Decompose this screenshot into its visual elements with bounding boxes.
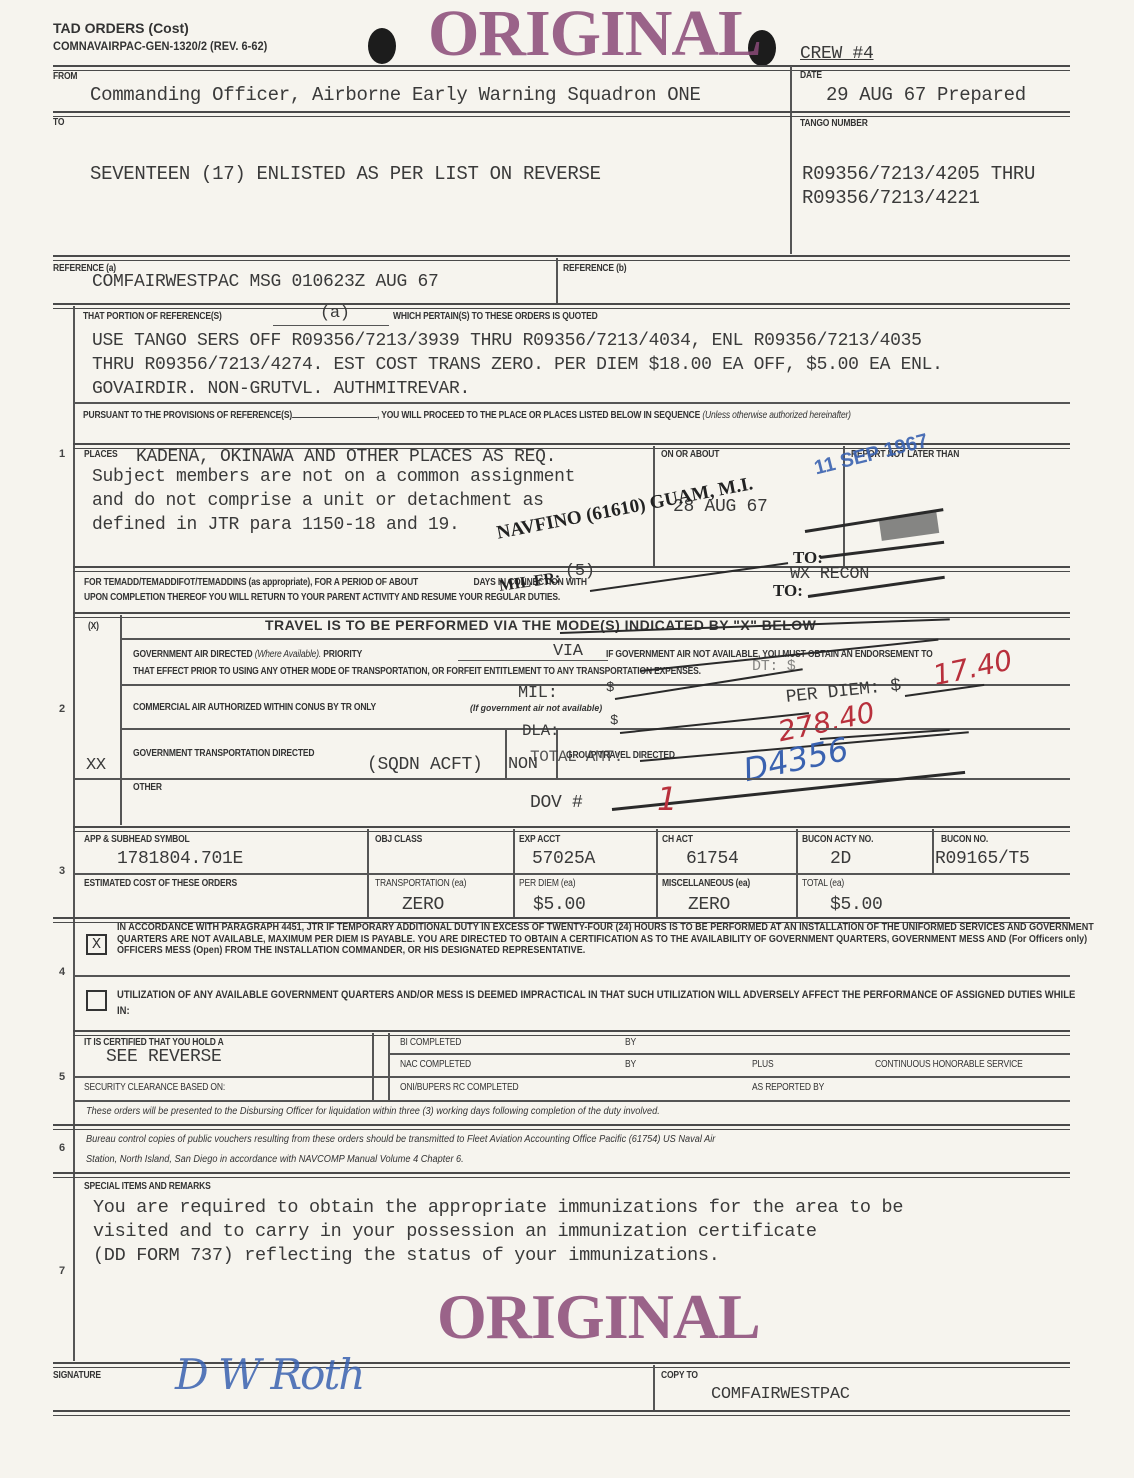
section-number: 4 xyxy=(59,966,65,978)
gov-trans-label: GOVERNMENT TRANSPORTATION DIRECTED xyxy=(133,748,314,759)
rule xyxy=(73,1030,1070,1036)
date-value: 29 AUG 67 Prepared xyxy=(826,84,1026,106)
commercial-air-label: COMMERCIAL AIR AUTHORIZED WITHIN CONUS B… xyxy=(133,702,376,713)
bucon-no-value: R09165/T5 xyxy=(935,849,1030,869)
gov-air-label: GOVERNMENT AIR DIRECTED (Where Available… xyxy=(133,649,362,660)
divider xyxy=(556,258,558,304)
stamp-dla-dollar: $ xyxy=(610,713,618,729)
punch-hole-left xyxy=(368,28,396,64)
impractical-text: UTILIZATION OF ANY AVAILABLE GOVERNMENT … xyxy=(117,987,1089,1019)
pursuant-note: (Unless otherwise authorized hereinafter… xyxy=(702,410,850,421)
remarks-label: SPECIAL ITEMS AND REMARKS xyxy=(84,1181,211,1192)
reference-b-label: REFERENCE (b) xyxy=(563,263,626,274)
quoted-line1: USE TANGO SERS OFF R09356/7213/3939 THRU… xyxy=(92,331,922,351)
rule xyxy=(53,65,1070,71)
quoted-line2: THRU R09356/7213/4274. EST COST TRANS ZE… xyxy=(92,355,943,375)
places-label: PLACES xyxy=(84,449,117,460)
return-text: UPON COMPLETION THEREOF YOU WILL RETURN … xyxy=(84,592,560,603)
date-label: DATE xyxy=(800,70,822,81)
quoted-line3: GOVAIRDIR. NON-GRUTVL. AUTHMITREVAR. xyxy=(92,379,470,399)
oni-completed: ONI/BUPERS RC COMPLETED xyxy=(400,1082,518,1093)
places-line3: and do not comprise a unit or detachment… xyxy=(92,491,544,511)
pursuant-post: , YOU WILL PROCEED TO THE PLACE OR PLACE… xyxy=(377,410,700,421)
continuous-service: CONTINUOUS HONORABLE SERVICE xyxy=(875,1059,1023,1070)
places-line1: KADENA, OKINAWA AND OTHER PLACES AS REQ. xyxy=(136,447,556,467)
to-value: SEVENTEEN (17) ENLISTED AS PER LIST ON R… xyxy=(90,163,601,185)
copy-to-value: COMFAIRWESTPAC xyxy=(711,1385,850,1404)
section-number: 7 xyxy=(59,1265,65,1277)
clearance-label: SECURITY CLEARANCE BASED ON: xyxy=(84,1082,225,1093)
max-per-diem-text: IN ACCORDANCE WITH PARAGRAPH 4451, JTR I… xyxy=(117,922,1110,957)
places-line2: Subject members are not on a common assi… xyxy=(92,467,575,487)
certified-value: SEE REVERSE xyxy=(106,1047,222,1067)
est-cost-label: ESTIMATED COST OF THESE ORDERS xyxy=(84,878,237,889)
stamp-dov: DOV # xyxy=(530,793,583,813)
section6-line2: Station, North Island, San Diego in acco… xyxy=(86,1154,464,1165)
gov-air-text2: THAT EFFECT PRIOR TO USING ANY OTHER MOD… xyxy=(133,666,701,677)
section-number: 1 xyxy=(59,448,65,460)
copy-to-label: COPY TO xyxy=(661,1370,698,1381)
exp-acct-value: 57025A xyxy=(532,849,595,869)
total-value: $5.00 xyxy=(830,895,883,915)
misc-value: ZERO xyxy=(688,895,730,915)
left-border xyxy=(73,306,75,1361)
period-pre: FOR TEMADD/TEMADDIFOT/TEMADDINS (as appr… xyxy=(84,577,418,588)
rule xyxy=(73,873,1070,875)
rule xyxy=(388,1053,1070,1055)
gov-air-note: (Where Available). xyxy=(255,649,321,660)
section-number: 6 xyxy=(59,1142,65,1154)
on-or-about-label: ON OR ABOUT xyxy=(661,449,719,460)
form-header: TAD ORDERS (Cost) COMNAVAIRPAC-GEN-1320/… xyxy=(53,20,286,53)
checkbox-max-per-diem[interactable]: X xyxy=(86,934,107,955)
divider xyxy=(653,1365,655,1410)
sqdn-acft: (SQDN ACFT) xyxy=(367,755,483,775)
divider xyxy=(932,829,934,874)
rule xyxy=(73,975,1070,977)
divider xyxy=(372,1033,374,1100)
stamp-dla: DLA: xyxy=(522,722,559,740)
bucon-no-label: BUCON NO. xyxy=(941,834,988,845)
form-number: COMNAVAIRPAC-GEN-1320/2 (REV. 6-62) xyxy=(53,39,267,53)
via-value: VIA xyxy=(553,642,583,661)
rule xyxy=(73,1100,1070,1102)
stamp-line xyxy=(820,541,944,559)
section-number: 3 xyxy=(59,865,65,877)
original-stamp-bottom: ORIGINAL xyxy=(437,1280,760,1354)
section6-line1: Bureau control copies of public vouchers… xyxy=(86,1134,715,1145)
quoted-ref-letter: (a) xyxy=(320,304,350,323)
period-value: (5) xyxy=(565,562,595,581)
obj-class-label: OBJ CLASS xyxy=(375,834,422,845)
ref-letter-underline xyxy=(273,325,389,326)
bi-by: BY xyxy=(625,1037,636,1048)
other-label: OTHER xyxy=(133,782,162,793)
signature: D W Roth xyxy=(175,1350,363,1399)
form-title: TAD ORDERS (Cost) xyxy=(53,20,286,36)
gov-air-text: GOVERNMENT AIR DIRECTED xyxy=(133,649,253,660)
tango-line1: R09356/7213/4205 THRU xyxy=(802,163,1035,185)
app-value: 1781804.701E xyxy=(117,849,243,869)
ch-act-value: 61754 xyxy=(686,849,739,869)
bucon-acty-value: 2D xyxy=(830,849,851,869)
rule xyxy=(53,255,1070,261)
as-reported: AS REPORTED BY xyxy=(752,1082,824,1093)
nac-by: BY xyxy=(625,1059,636,1070)
nac-completed: NAC COMPLETED xyxy=(400,1059,471,1070)
misc-label: MISCELLANEOUS (ea) xyxy=(662,878,750,889)
tango-label: TANGO NUMBER xyxy=(800,118,868,129)
divider xyxy=(505,728,507,778)
stamp-total: TOTAL AMT: xyxy=(530,748,623,766)
bi-completed: BI COMPLETED xyxy=(400,1037,461,1048)
divider xyxy=(388,1033,390,1100)
from-label: FROM xyxy=(53,71,77,82)
priority-underline xyxy=(458,660,608,661)
rule xyxy=(53,1124,1070,1130)
handwritten-dov-prefix: 1 xyxy=(657,780,677,818)
rule xyxy=(53,111,1070,117)
checkbox-impractical[interactable] xyxy=(86,990,107,1011)
date-stamp: 11 SEP 1967 xyxy=(812,430,931,480)
priority-label: PRIORITY xyxy=(323,649,362,660)
bucon-acty-label: BUCON ACTY NO. xyxy=(802,834,873,845)
crew-number: CREW #4 xyxy=(800,44,874,64)
rule xyxy=(73,1076,1070,1078)
per-diem-value: $5.00 xyxy=(533,895,586,915)
rule xyxy=(120,684,1070,686)
stamp-mil: MIL: xyxy=(518,684,558,703)
from-value: Commanding Officer, Airborne Early Warni… xyxy=(90,84,701,106)
transportation-value: ZERO xyxy=(402,895,444,915)
pursuant-text: PURSUANT TO THE PROVISIONS OF REFERENCE(… xyxy=(83,410,851,421)
x-column-label: (X) xyxy=(88,621,99,632)
rule xyxy=(53,1410,1070,1416)
section-number: 2 xyxy=(59,703,65,715)
remarks-line2: visited and to carry in your possession … xyxy=(93,1221,817,1242)
original-stamp-top: ORIGINAL xyxy=(428,0,761,72)
quoted-label-post: WHICH PERTAIN(S) TO THESE ORDERS IS QUOT… xyxy=(393,311,598,322)
per-diem-label: PER DIEM (ea) xyxy=(519,878,575,889)
stamp-to-2: TO: xyxy=(773,581,803,601)
reference-a-value: COMFAIRWESTPAC MSG 010623Z AUG 67 xyxy=(92,272,439,292)
rule xyxy=(73,826,1070,832)
remarks-line3: (DD FORM 737) reflecting the status of y… xyxy=(93,1245,720,1266)
transportation-label: TRANSPORTATION (ea) xyxy=(375,878,466,889)
pursuant-pre: PURSUANT TO THE PROVISIONS OF REFERENCE(… xyxy=(83,410,292,421)
divider xyxy=(790,66,792,254)
commercial-air-note: (If government air not available) xyxy=(470,703,602,714)
remarks-line1: You are required to obtain the appropria… xyxy=(93,1197,903,1218)
app-label: APP & SUBHEAD SYMBOL xyxy=(84,834,190,845)
rule xyxy=(53,1172,1070,1178)
tango-line2: R09356/7213/4221 xyxy=(802,187,980,209)
rule xyxy=(53,303,1070,309)
disbursing-note: These orders will be presented to the Di… xyxy=(86,1106,660,1117)
gov-trans-mark: XX xyxy=(86,756,106,775)
rule xyxy=(73,402,1070,404)
divider xyxy=(120,615,122,825)
total-label: TOTAL (ea) xyxy=(802,878,844,889)
places-line4: defined in JTR para 1150-18 and 19. xyxy=(92,515,460,535)
signature-label: SIGNATURE xyxy=(53,1370,101,1381)
ch-act-label: CH ACT xyxy=(662,834,693,845)
quoted-label-pre: THAT PORTION OF REFERENCE(S) xyxy=(83,311,222,322)
section-number: 5 xyxy=(59,1071,65,1083)
exp-acct-label: EXP ACCT xyxy=(519,834,560,845)
to-label: TO xyxy=(53,117,64,128)
plus: PLUS xyxy=(752,1059,774,1070)
stamp-mil-dollar: $ xyxy=(606,680,614,696)
